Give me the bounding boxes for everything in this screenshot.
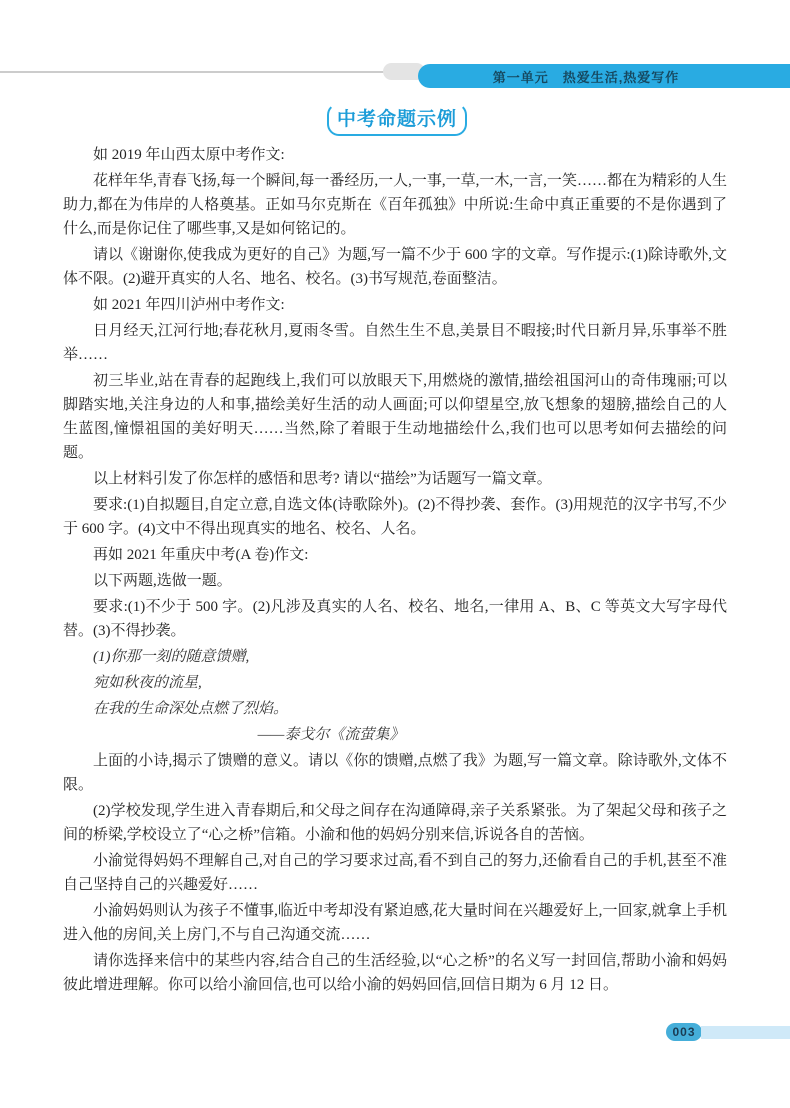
paragraph: 上面的小诗,揭示了馈赠的意义。请以《你的馈赠,点燃了我》为题,写一篇文章。除诗歌… [63,747,727,797]
paragraph: (2)学校发现,学生进入青春期后,和父母之间存在沟通障碍,亲子关系紧张。为了架起… [63,797,727,847]
page-number-badge: 003 [666,1023,702,1041]
paragraph: 小渝觉得妈妈不理解自己,对自己的学习要求过高,看不到自己的努力,还偷看自己的手机… [63,847,727,897]
paragraph: 小渝妈妈则认为孩子不懂事,临近中考却没有紧迫感,花大量时间在兴趣爱好上,一回家,… [63,897,727,947]
paragraph: 要求:(1)不少于 500 字。(2)凡涉及真实的人名、校名、地名,一律用 A、… [63,593,727,643]
paragraph: (1)你那一刻的随意馈赠, [63,643,727,669]
paragraph: 花样年华,青春飞扬,每一个瞬间,每一番经历,一人,一事,一草,一木,一言,一笑…… [63,167,727,241]
document-body: 如 2019 年山西太原中考作文:花样年华,青春飞扬,每一个瞬间,每一番经历,一… [63,141,727,997]
paragraph: 在我的生命深处点燃了烈焰。 [63,695,727,721]
paragraph: 请你选择来信中的某些内容,结合自己的生活经验,以“心之桥”的名义写一封回信,帮助… [63,947,727,997]
paragraph: 宛如秋夜的流星, [63,669,727,695]
unit-banner: 第一单元 热爱生活,热爱写作 [418,64,790,88]
paragraph: 日月经天,江河行地;春花秋月,夏雨冬雪。自然生生不息,美景目不暇接;时代日新月异… [63,317,727,367]
paragraph: ——泰戈尔《流萤集》 [63,721,727,747]
unit-banner-title: 第一单元 热爱生活,热爱写作 [493,67,680,86]
paragraph: 再如 2021 年重庆中考(A 卷)作文: [63,541,727,567]
section-title-badge: 中考命题示例 [327,103,467,136]
paragraph: 以下两题,选做一题。 [63,567,727,593]
paragraph: 要求:(1)自拟题目,自定立意,自选文体(诗歌除外)。(2)不得抄袭、套作。(3… [63,491,727,541]
header-rule-line [0,71,395,73]
footer-decorative-bar [701,1026,790,1039]
paragraph: 如 2019 年山西太原中考作文: [63,141,727,167]
section-title-text: 中考命题示例 [337,104,457,131]
paragraph: 如 2021 年四川泸州中考作文: [63,291,727,317]
paragraph: 以上材料引发了你怎样的感悟和思考? 请以“描绘”为话题写一篇文章。 [63,465,727,491]
paragraph: 初三毕业,站在青春的起跑线上,我们可以放眼天下,用燃烧的激情,描绘祖国河山的奇伟… [63,367,727,465]
paragraph: 请以《谢谢你,使我成为更好的自己》为题,写一篇不少于 600 字的文章。写作提示… [63,241,727,291]
